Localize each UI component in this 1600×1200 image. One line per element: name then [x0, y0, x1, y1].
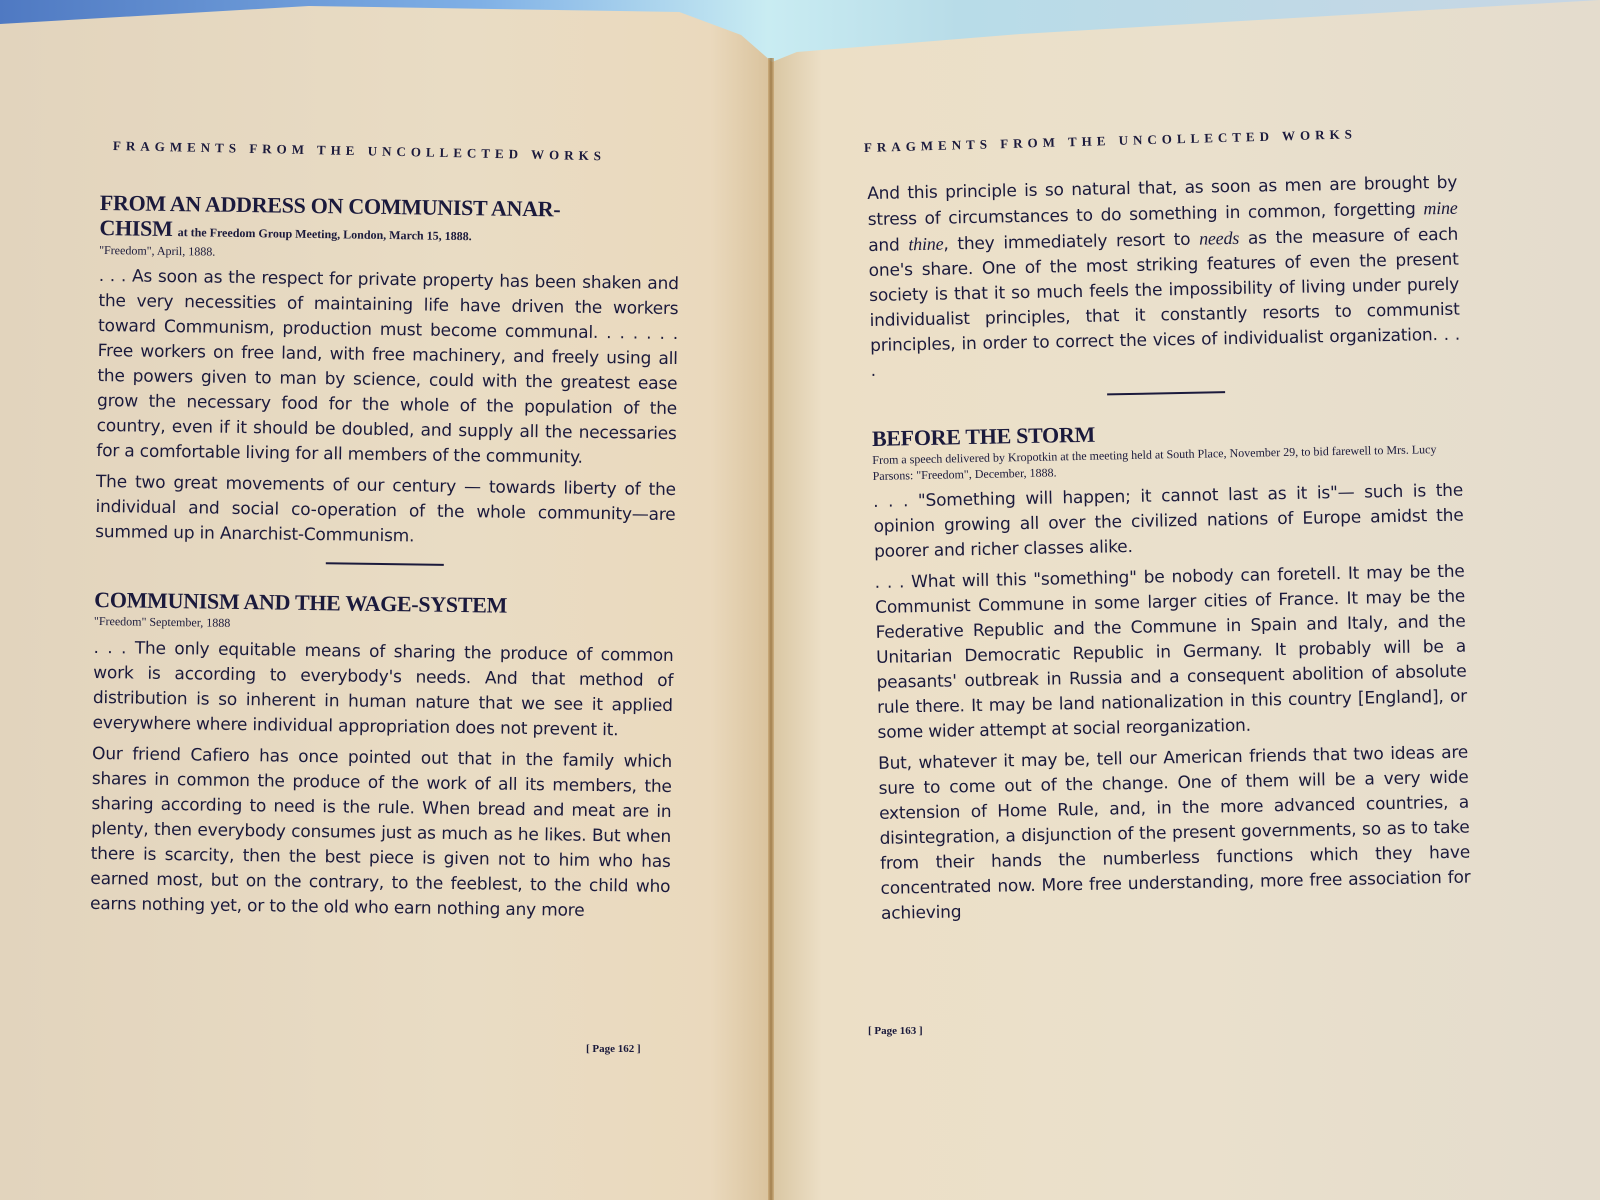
- section-communism-wage-system: COMMUNISM AND THE WAGE-SYSTEM "Freedom" …: [90, 587, 675, 925]
- title-suffix: at the Freedom Group Meeting, London, Ma…: [178, 225, 472, 243]
- book-gutter: [768, 58, 774, 1200]
- paragraph: . . . As soon as the respect for private…: [96, 264, 679, 472]
- text-run: and: [868, 235, 909, 256]
- italic-mine: mine: [1423, 198, 1458, 219]
- title-line-2: CHISM: [99, 215, 172, 241]
- section-divider: [1107, 391, 1225, 395]
- paragraph: Our friend Cafiero has once pointed out …: [90, 742, 672, 925]
- left-text-block: FROM AN ADDRESS ON COMMUNIST ANAR- CHISM…: [90, 190, 680, 931]
- italic-needs: needs: [1199, 228, 1239, 249]
- italic-thine: thine: [908, 234, 943, 255]
- paragraph-continuation: And this principle is so natural that, a…: [867, 171, 1461, 384]
- paragraph: But, whatever it may be, tell our Americ…: [878, 741, 1471, 927]
- paragraph: . . . The only equitable means of sharin…: [92, 636, 673, 744]
- section-title: FROM AN ADDRESS ON COMMUNIST ANAR- CHISM…: [99, 190, 680, 249]
- section-address-communist-anarchism: FROM AN ADDRESS ON COMMUNIST ANAR- CHISM…: [95, 190, 680, 553]
- right-running-head: FRAGMENTS FROM THE UNCOLLECTED WORKS: [864, 126, 1357, 156]
- page-number-left: [ Page 162 ]: [586, 1043, 641, 1055]
- text-run: , they immediately resort to: [943, 230, 1199, 255]
- page-number-right: [ Page 163 ]: [868, 1025, 923, 1037]
- left-page: FRAGMENTS FROM THE UNCOLLECTED WORKS FRO…: [0, 0, 772, 1200]
- paragraph: The two great movements of our century —…: [95, 470, 676, 553]
- right-page: FRAGMENTS FROM THE UNCOLLECTED WORKS And…: [772, 0, 1600, 1200]
- section-divider: [326, 562, 444, 566]
- right-text-block: And this principle is so natural that, a…: [867, 171, 1471, 934]
- section-before-the-storm: BEFORE THE STORM From a speech delivered…: [872, 415, 1472, 928]
- paragraph: . . . What will this "something" be nobo…: [874, 560, 1467, 746]
- left-running-head: FRAGMENTS FROM THE UNCOLLECTED WORKS: [113, 138, 606, 164]
- text-run: And this principle is so natural that, a…: [867, 173, 1457, 230]
- paragraph: . . . "Something will happen; it cannot …: [873, 479, 1464, 565]
